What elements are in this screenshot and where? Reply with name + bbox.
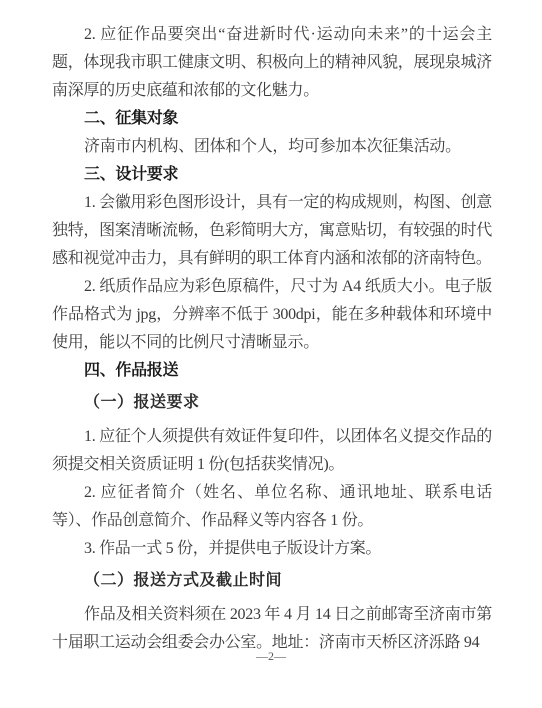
section-heading-4: 四、作品报送: [52, 357, 492, 385]
paragraph: 1. 应征个人须提供有效证件复印件，以团体名义提交作品的须提交相关资质证明 1 …: [52, 423, 492, 479]
paragraph: 2. 应征者简介（姓名、单位名称、通讯地址、联系电话等）、作品创意简介、作品释义…: [52, 479, 492, 535]
page-number: —2—: [0, 649, 542, 664]
subsection-heading-1: （一）报送要求: [52, 389, 492, 417]
subsection-heading-2: （二）报送方式及截止时间: [52, 567, 492, 595]
paragraph: 3. 作品一式 5 份，并提供电子版设计方案。: [52, 535, 492, 563]
section-heading-3: 三、设计要求: [52, 161, 492, 189]
paragraph: 2. 纸质作品应为彩色原稿件，尺寸为 A4 纸质大小。电子版作品格式为 jpg，…: [52, 273, 492, 357]
document-page: 2. 应征作品要突出“奋进新时代·运动向未来”的十运会主题，体现我市职工健康文明…: [0, 0, 542, 708]
paragraph: 2. 应征作品要突出“奋进新时代·运动向未来”的十运会主题，体现我市职工健康文明…: [52, 21, 492, 105]
paragraph: 1. 会徽用彩色图形设计，具有一定的构成规则，构图、创意独特，图案清晰流畅，色彩…: [52, 189, 492, 273]
document-content: 2. 应征作品要突出“奋进新时代·运动向未来”的十运会主题，体现我市职工健康文明…: [52, 21, 492, 657]
paragraph: 济南市内机构、团体和个人，均可参加本次征集活动。: [52, 133, 492, 161]
section-heading-2: 二、征集对象: [52, 105, 492, 133]
